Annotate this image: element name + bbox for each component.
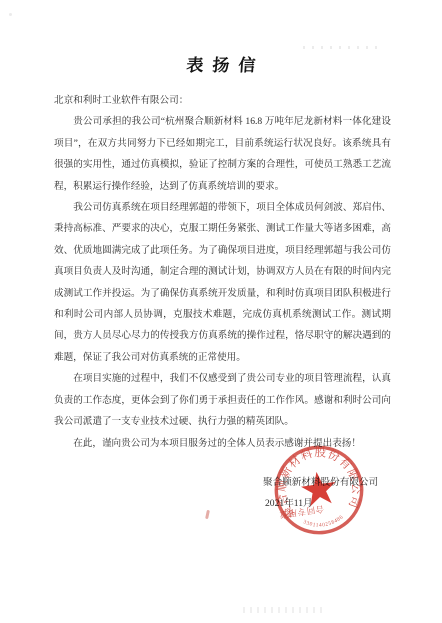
paragraph-2: 我公司仿真系统在项目经理郭超的带领下，项目全体成员何剑波、郑启伟、秉持高标准、严… <box>54 197 391 368</box>
company-seal-stamp: 聚合顺新材料股份有限公司 合同专用章 3301140258486 <box>248 419 390 561</box>
scan-artifact-top-right <box>303 46 379 49</box>
paragraph-1: 贵公司承担的我公司“杭州聚合顺新材料 16.8 万吨年尼龙新材料一体化建设项目”… <box>54 111 391 197</box>
scan-artifact-red-mark <box>205 510 210 519</box>
letter-title: 表扬信 <box>0 51 442 76</box>
stamp-caption: 合同专用章 <box>278 504 325 521</box>
scan-artifact-top-left <box>9 13 12 16</box>
letter-body: 北京和利时工业软件有限公司： 贵公司承担的我公司“杭州聚合顺新材料 16.8 万… <box>54 90 391 454</box>
letter-page: 表扬信 北京和利时工业软件有限公司： 贵公司承担的我公司“杭州聚合顺新材料 16… <box>0 0 442 623</box>
star-icon <box>299 469 338 507</box>
addressee-line: 北京和利时工业软件有限公司： <box>54 90 391 111</box>
scan-artifact-bottom <box>243 607 327 613</box>
